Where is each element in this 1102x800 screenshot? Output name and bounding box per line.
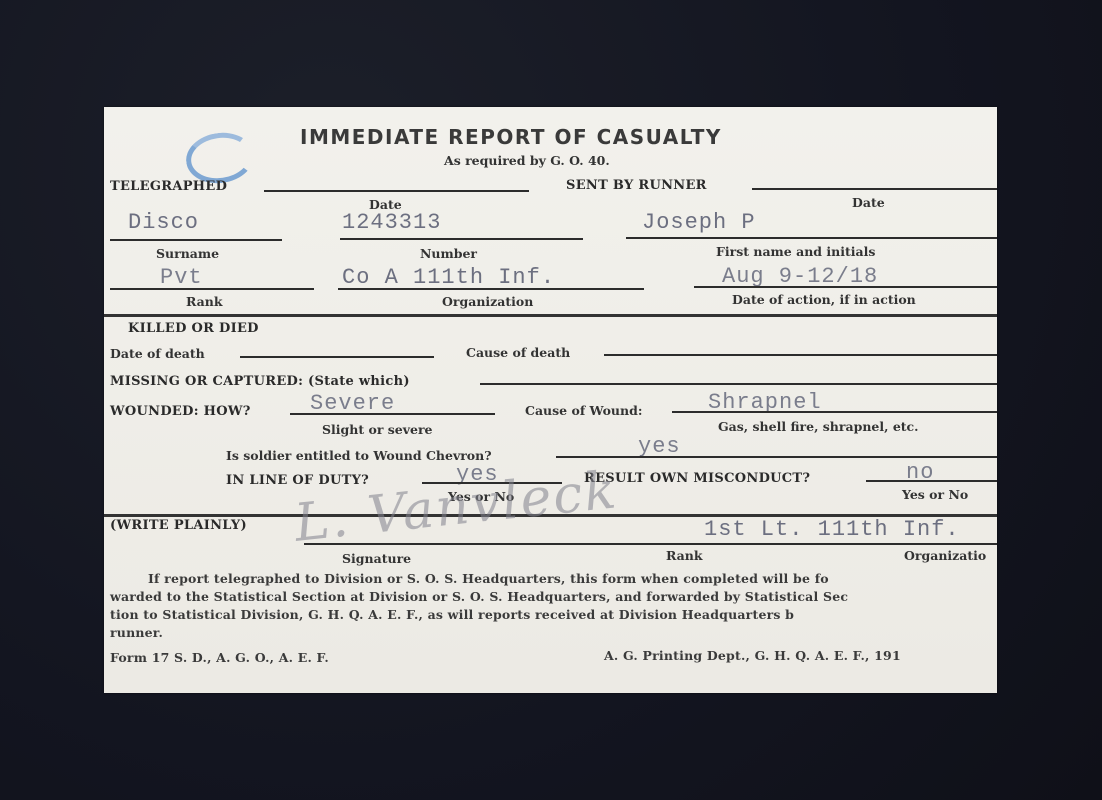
instructions-line-3: tion to Statistical Division, G. H. Q. A…: [110, 606, 794, 624]
yes-or-no-label-2: Yes or No: [902, 487, 968, 502]
signature-line: [304, 543, 997, 545]
misconduct-line: [866, 480, 997, 482]
number-value: 1243313: [342, 210, 441, 235]
cause-of-death-line: [604, 354, 997, 356]
missing-or-captured-label: MISSING OR CAPTURED: (State which): [110, 374, 410, 389]
first-name-value: Joseph P: [642, 210, 756, 235]
first-name-line: [626, 237, 997, 239]
rank-value: Pvt: [160, 265, 203, 290]
signer-rank-org-value: 1st Lt. 111th Inf.: [704, 517, 960, 542]
runner-line: [752, 188, 997, 190]
number-line: [340, 238, 583, 240]
date-label-right: Date: [852, 195, 885, 210]
organization-label: Organization: [442, 294, 533, 309]
date-of-action-label: Date of action, if in action: [732, 292, 916, 307]
surname-line: [110, 239, 282, 241]
date-of-death-label: Date of death: [110, 346, 205, 361]
rank-line: [110, 288, 314, 290]
write-plainly-label: (WRITE PLAINLY): [110, 518, 247, 533]
slight-or-severe-label: Slight or severe: [322, 422, 433, 437]
signature-label: Signature: [342, 551, 411, 566]
telegraphed-label: TELEGRAPHED: [110, 179, 227, 194]
instructions-line-2: warded to the Statistical Section at Div…: [110, 588, 848, 606]
cause-of-death-label: Cause of death: [466, 345, 570, 360]
rank-label: Rank: [186, 294, 223, 309]
form-title: IMMEDIATE REPORT OF CASUALTY: [300, 125, 722, 149]
date-of-action-line: [694, 286, 997, 288]
sent-by-runner-label: SENT BY RUNNER: [566, 178, 707, 193]
telegraphed-line: [264, 190, 529, 192]
date-of-death-line: [240, 356, 434, 358]
instructions-line-1: If report telegraphed to Division or S. …: [148, 570, 829, 588]
cause-of-wound-line: [672, 411, 997, 413]
sig-org-label: Organizatio: [904, 548, 986, 563]
instructions-line-4: runner.: [110, 624, 163, 642]
surname-value: Disco: [128, 210, 199, 235]
form-number: Form 17 S. D., A. G. O., A. E. F.: [110, 649, 329, 667]
number-label: Number: [420, 246, 477, 261]
wounded-how-label: WOUNDED: HOW?: [110, 404, 251, 419]
killed-or-died-label: KILLED OR DIED: [128, 321, 259, 336]
line-of-duty-label: IN LINE OF DUTY?: [226, 473, 369, 488]
sig-rank-label: Rank: [666, 548, 703, 563]
form-subtitle: As required by G. O. 40.: [444, 153, 610, 168]
cause-of-wound-label: Cause of Wound:: [525, 403, 642, 418]
first-name-label: First name and initials: [716, 244, 875, 259]
misconduct-label: RESULT OWN MISCONDUCT?: [584, 471, 810, 486]
missing-line: [480, 383, 997, 385]
organization-line: [338, 288, 644, 290]
surname-label: Surname: [156, 246, 219, 261]
printer-credit: A. G. Printing Dept., G. H. Q. A. E. F.,…: [604, 647, 901, 665]
casualty-report-card: IMMEDIATE REPORT OF CASUALTY As required…: [104, 107, 997, 693]
section-divider-1: [104, 314, 997, 317]
wound-chevron-label: Is soldier entitled to Wound Chevron?: [226, 448, 492, 463]
chevron-line: [556, 456, 997, 458]
cause-hint-label: Gas, shell fire, shrapnel, etc.: [718, 419, 919, 434]
wound-severity-line: [290, 413, 495, 415]
organization-value: Co A 111th Inf.: [342, 265, 555, 290]
